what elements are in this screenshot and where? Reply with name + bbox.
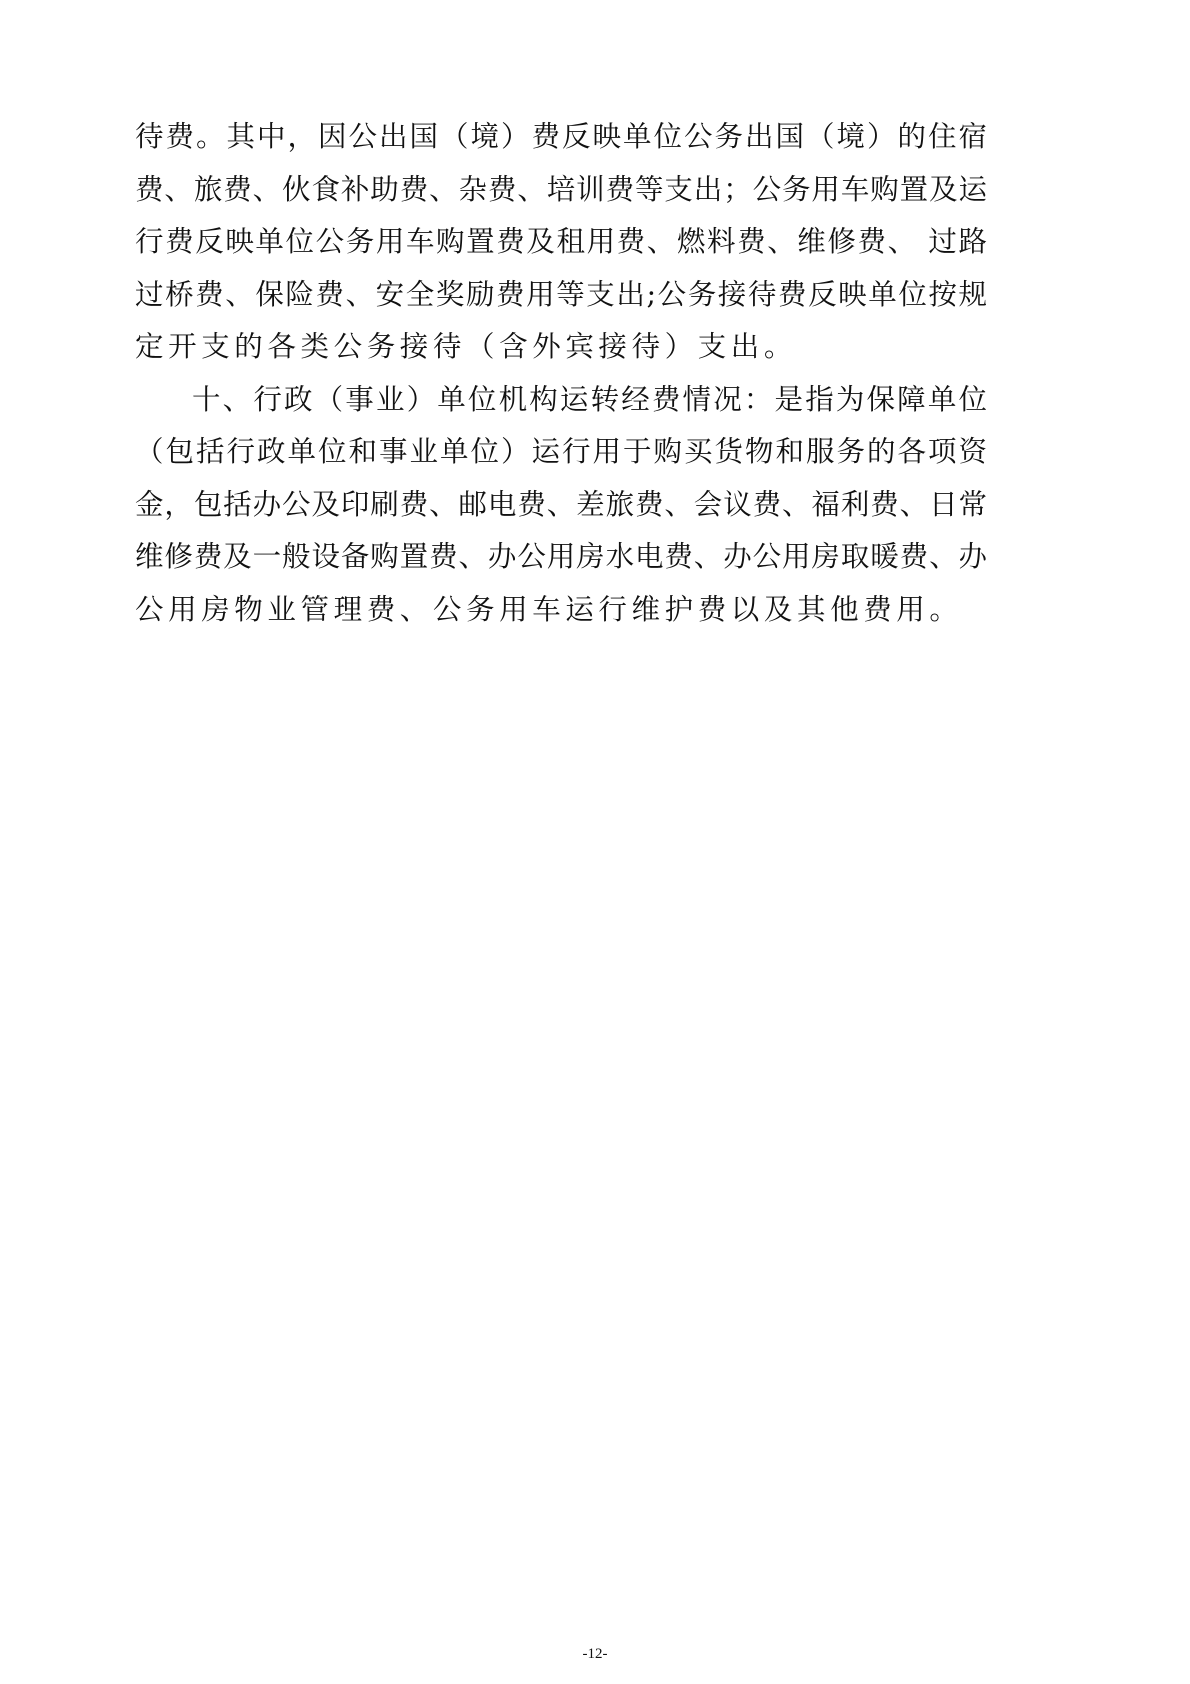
text-line: 金，包括办公及印刷费、邮电费、差旅费、会议费、福利费、日常 [135, 485, 987, 525]
text-line: （包括行政单位和事业单位）运行用于购买货物和服务的各项资 [135, 432, 987, 472]
text-line: 行费反映单位公务用车购置费及租用费、燃料费、维修费、 过路 [135, 222, 987, 262]
text-line: 定开支的各类公务接待（含外宾接待）支出。 [135, 327, 987, 367]
section-heading-line: 十、行政（事业）单位机构运转经费情况：是指为保障单位 [192, 380, 987, 420]
text-line: 公用房物业管理费、公务用车运行维护费以及其他费用。 [135, 590, 987, 630]
text-line: 费、旅费、伙食补助费、杂费、培训费等支出；公务用车购置及运 [135, 170, 987, 210]
text-line: 维修费及一般设备购置费、办公用房水电费、办公用房取暖费、办 [135, 537, 987, 577]
document-page: 待费。其中，因公出国（境）费反映单位公务出国（境）的住宿 费、旅费、伙食补助费、… [0, 0, 1190, 1684]
text-line: 待费。其中，因公出国（境）费反映单位公务出国（境）的住宿 [135, 117, 987, 157]
text-line: 过桥费、保险费、安全奖励费用等支出;公务接待费反映单位按规 [135, 275, 987, 315]
page-number: -12- [0, 1644, 1190, 1664]
